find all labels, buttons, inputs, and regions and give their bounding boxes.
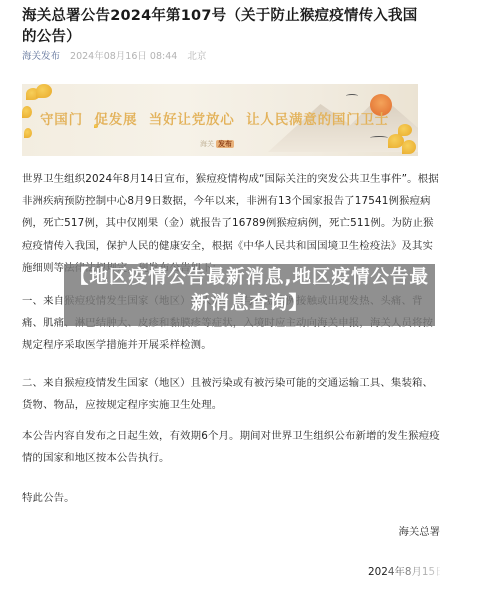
banner-slogan: 守国门 促发展 当好让党放心 让人民满意的国门卫士 [40,108,389,128]
paragraph-closing: 特此公告。 [22,487,442,509]
ginkgo-leaf-icon [22,106,32,118]
article-meta: 海关发布 2024年08月16日 08:44 北京 [22,51,206,63]
headline-overlay-text: 【地区疫情公告最新消息,地区疫情公告最新消息查询】 [64,265,435,317]
ginkgo-leaf-icon [24,128,32,138]
banner-logo: 海关发布 [200,139,234,149]
crane-icon [346,94,358,98]
ginkgo-leaf-icon [36,84,52,98]
paragraph-item-2: 二、来自猴痘疫情发生国家（地区）且被污染或有被污染可能的交通运输工具、集装箱、货… [22,372,442,416]
header-banner-image: 守国门 促发展 当好让党放心 让人民满意的国门卫士 海关发布 [22,84,418,156]
article-page: 海关总署公告2024年第107号（关于防止猴痘疫情传入我国的公告） 海关发布 2… [0,0,500,591]
signature: 海关总署 [398,523,440,538]
publish-location: 北京 [187,51,206,62]
watermark-fade [388,563,440,578]
article-title: 海关总署公告2024年第107号（关于防止猴痘疫情传入我国的公告） [22,6,422,48]
paragraph-effective: 本公告内容自发布之日起生效，有效期6个月。期间对世界卫生组织公布新增的发生猴痘疫… [22,425,442,469]
signature-date: 2024年8月15日 [368,563,440,578]
logo-text-customs: 海关 [200,140,214,148]
crane-icon [370,136,388,140]
logo-text-publish: 发布 [216,140,234,148]
source-link[interactable]: 海关发布 [22,51,60,62]
ginkgo-leaf-icon [402,140,416,154]
publish-date: 2024年08月16日 08:44 [70,51,177,62]
paragraph-intro: 世界卫生组织2024年8月14日宣布，猴痘疫情构成“国际关注的突发公共卫生事件”… [22,168,442,279]
